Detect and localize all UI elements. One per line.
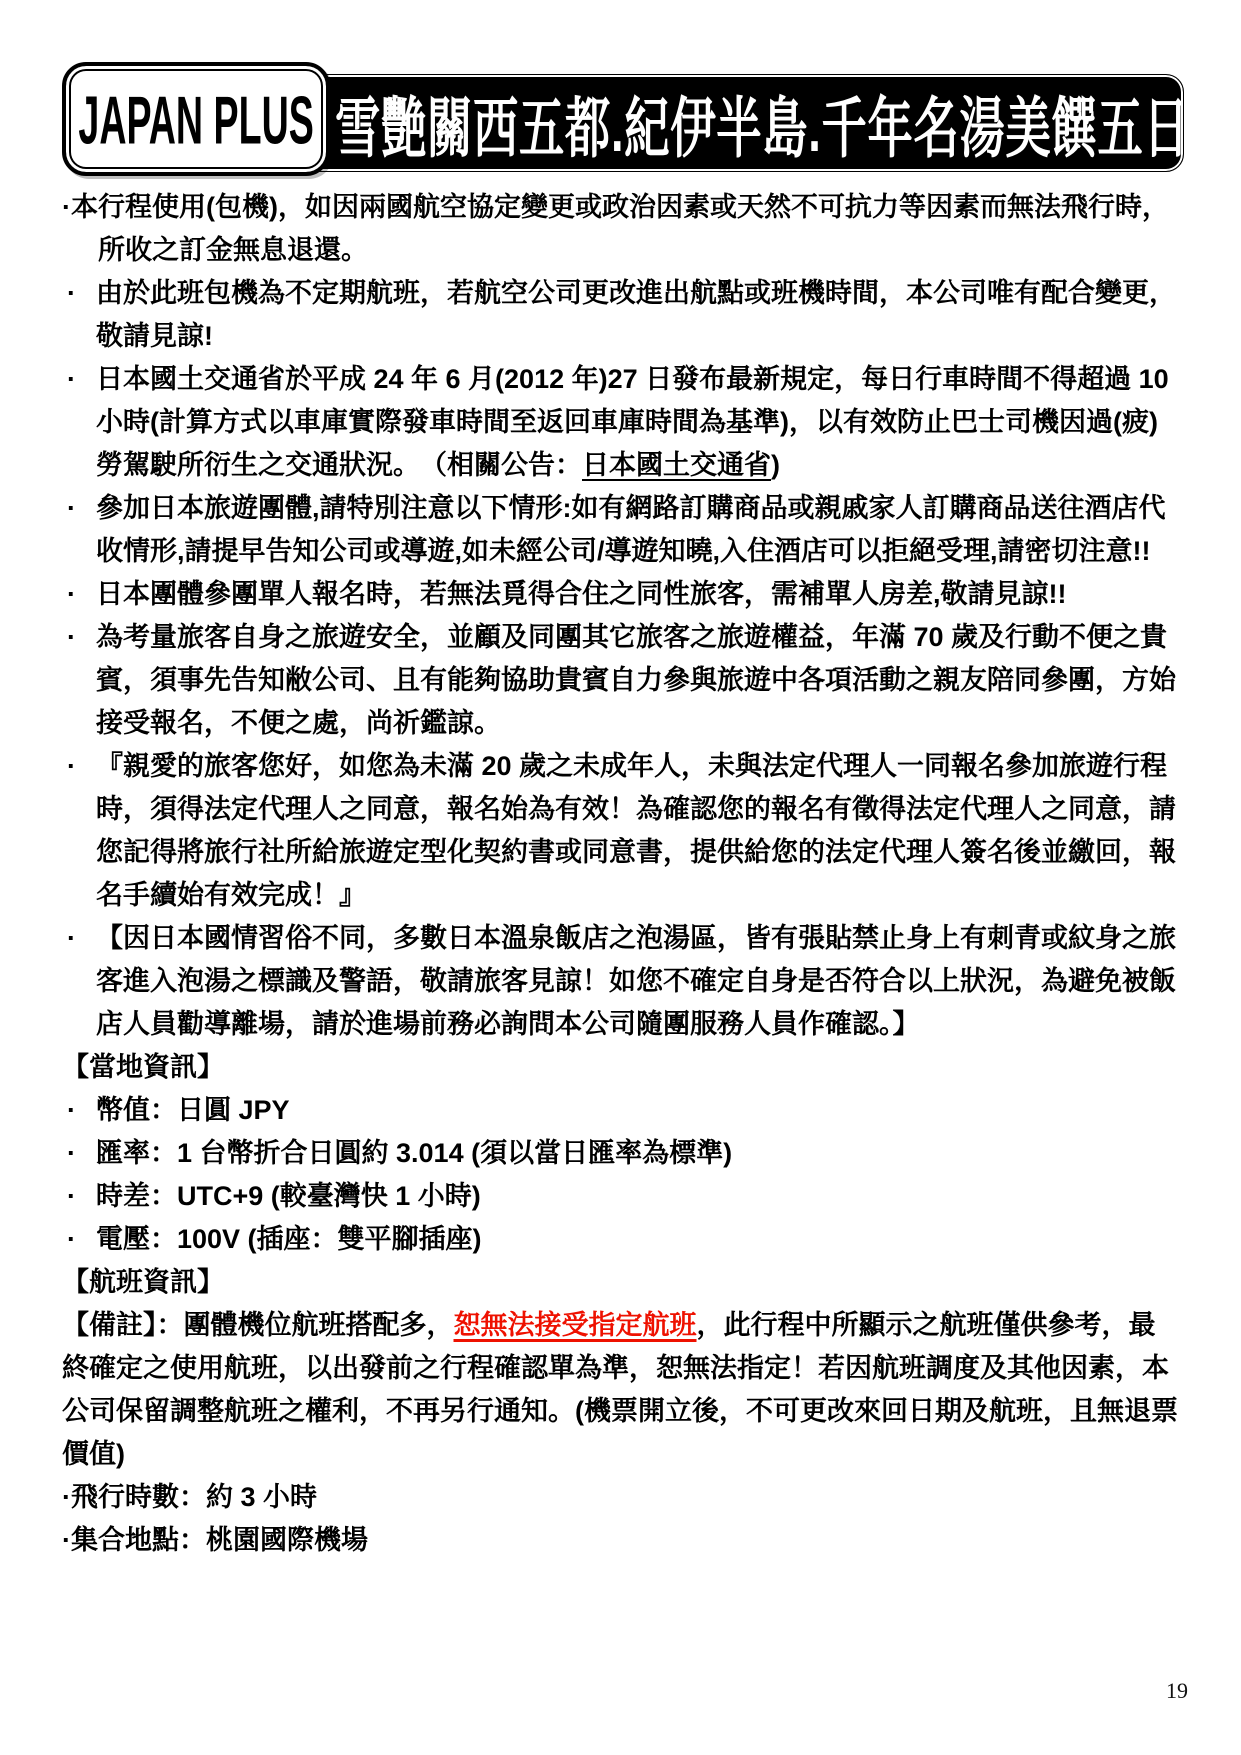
charter-notice: ·本行程使用(包機)，如因兩國航空協定變更或政治因素或天然不可抗力等因素而無法飛… [62,186,1180,272]
text-segment: ) [771,450,780,480]
text-segment: ·本行程使用(包機)，如因兩國航空協定變更或政治因素或天然不可抗力等因素而無法飛… [62,192,1169,265]
meeting-point: ·集合地點：桃園國際機場 [62,1519,1180,1562]
flight-remark: 【備註】：團體機位航班搭配多，恕無法接受指定航班，此行程中所顯示之航班僅供參考，… [62,1304,1180,1476]
text-segment: 【備註】：團體機位航班搭配多， [62,1310,454,1340]
tattoo-onsen-notice: ·【因日本國情習俗不同，多數日本溫泉飯店之泡湯區，皆有張貼禁止身上有刺青或紋身之… [62,917,1180,1046]
bullet-dot: · [67,745,76,788]
text-segment: 【當地資訊】 [62,1052,224,1082]
exchange-rate-item: ·匯率：1 台幣折合日圓約 3.014 (須以當日匯率為標準) [62,1132,1180,1175]
text-segment: 日本團體參團單人報名時，若無法覓得合住之同性旅客，需補單人房差,敬請見諒!! [96,579,1066,609]
text-segment: 『親愛的旅客您好，如您為未滿 20 歲之未成年人，未與法定代理人一同報名參加旅遊… [96,751,1176,910]
bullet-dot: · [67,1175,76,1218]
bullet-dot: · [67,616,76,659]
bullet-dot: · [67,1132,76,1175]
text-segment: 【因日本國情習俗不同，多數日本溫泉飯店之泡湯區，皆有張貼禁止身上有刺青或紋身之旅… [96,923,1176,1039]
text-segment: 由於此班包機為不定期航班，若航空公司更改進出航點或班機時間，本公司唯有配合變更，… [96,278,1176,351]
no-assigned-flight-warning: 恕無法接受指定航班 [454,1310,697,1340]
document-page: 雪艷關西五都.紀伊半島.千年名湯美饌五日 JAPAN PLUS ·本行程使用(包… [0,0,1241,1755]
minor-consent-notice: ·『親愛的旅客您好，如您為未滿 20 歲之未成年人，未與法定代理人一同報名參加旅… [62,745,1180,917]
currency-item: ·幣值：日圓 JPY [62,1089,1180,1132]
mlit-link[interactable]: 日本國土交通省 [582,450,771,480]
text-segment: 【航班資訊】 [62,1267,224,1297]
logo-text: JAPAN PLUS [78,79,313,159]
text-segment: 時差：UTC+9 (較臺灣快 1 小時) [96,1181,481,1211]
mlit-driving-rule-notice: ·日本國土交通省於平成 24 年 6 月(2012 年)27 日發布最新規定，每… [62,358,1180,487]
bullet-dot: · [67,917,76,960]
flight-info-heading: 【航班資訊】 [62,1261,1180,1304]
bullet-dot: · [67,358,76,401]
bullet-dot: · [67,272,76,315]
notice-body: ·本行程使用(包機)，如因兩國航空協定變更或政治因素或天然不可抗力等因素而無法飛… [62,186,1180,1562]
japan-plus-logo: JAPAN PLUS [62,62,330,176]
local-info-heading: 【當地資訊】 [62,1046,1180,1089]
single-room-notice: ·日本團體參團單人報名時，若無法覓得合住之同性旅客，需補單人房差,敬請見諒!! [62,573,1180,616]
bullet-dot: · [67,1218,76,1261]
text-segment: 電壓：100V (插座：雙平腳插座) [96,1224,482,1254]
voltage-item: ·電壓：100V (插座：雙平腳插座) [62,1218,1180,1261]
text-segment: 匯率：1 台幣折合日圓約 3.014 (須以當日匯率為標準) [96,1138,732,1168]
text-segment: 幣值：日圓 JPY [96,1095,290,1125]
page-number: 19 [1166,1678,1188,1704]
senior-traveler-notice: ·為考量旅客自身之旅遊安全，並顧及同團其它旅客之旅遊權益，年滿 70 歲及行動不… [62,616,1180,745]
text-segment: 參加日本旅遊團體,請特別注意以下情形:如有網路訂購商品或親戚家人訂購商品送往酒店… [96,493,1166,566]
flight-duration: ·飛行時數：約 3 小時 [62,1476,1180,1519]
text-segment: 為考量旅客自身之旅遊安全，並顧及同團其它旅客之旅遊權益，年滿 70 歲及行動不便… [96,622,1176,738]
time-difference-item: ·時差：UTC+9 (較臺灣快 1 小時) [62,1175,1180,1218]
irregular-flight-notice: ·由於此班包機為不定期航班，若航空公司更改進出航點或班機時間，本公司唯有配合變更… [62,272,1180,358]
text-segment: ·集合地點：桃園國際機場 [62,1525,368,1555]
tour-title: 雪艷關西五都.紀伊半島.千年名湯美饌五日 [335,76,1189,170]
bullet-dot: · [67,487,76,530]
package-delivery-notice: ·參加日本旅遊團體,請特別注意以下情形:如有網路訂購商品或親戚家人訂購商品送往酒… [62,487,1180,573]
bullet-dot: · [67,573,76,616]
bullet-dot: · [67,1089,76,1132]
header: 雪艷關西五都.紀伊半島.千年名湯美饌五日 JAPAN PLUS [62,62,1184,172]
text-segment: ·飛行時數：約 3 小時 [62,1482,317,1512]
